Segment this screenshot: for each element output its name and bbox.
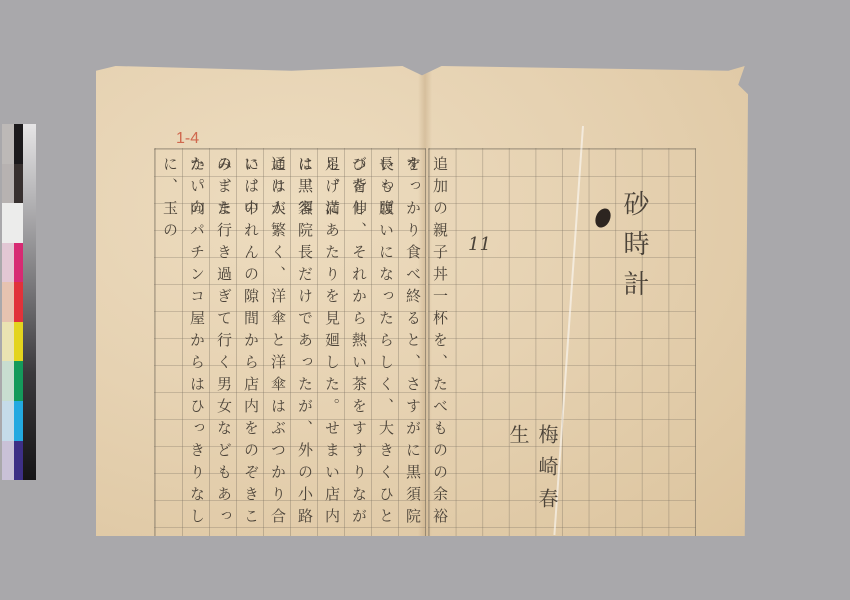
color-swatch — [14, 164, 23, 204]
color-swatch — [2, 282, 14, 322]
manuscript-grid-right — [428, 148, 696, 546]
grayscale-ramp — [23, 124, 36, 480]
color-swatch — [2, 401, 14, 441]
color-swatch — [2, 124, 14, 164]
color-swatch — [2, 322, 14, 362]
color-swatch — [14, 203, 23, 243]
page-number: 11 — [468, 234, 491, 255]
color-swatch — [2, 164, 14, 204]
color-swatch — [2, 441, 14, 481]
red-annotation: 1-4 — [176, 130, 199, 148]
color-chart-tints — [2, 124, 14, 480]
color-swatch — [14, 322, 23, 362]
color-swatch — [14, 124, 23, 164]
color-swatch — [14, 243, 23, 283]
color-calibration-strip — [2, 124, 36, 480]
manuscript-title: 砂時計 — [616, 190, 653, 310]
color-swatch — [2, 361, 14, 401]
manuscript-sheet: 1-4 追加の親子丼一杯を、たべものの余裕をすっかり食べ終ると、さすがに黒須院長… — [96, 66, 748, 536]
color-swatch — [2, 203, 14, 243]
color-chart-solids — [14, 124, 23, 480]
color-swatch — [14, 441, 23, 481]
color-swatch — [14, 401, 23, 441]
color-swatch — [14, 282, 23, 322]
color-swatch — [14, 361, 23, 401]
author-name: 梅崎春生 — [504, 424, 562, 536]
text-column: かいのパチンコ屋からはひっきりなしに、玉の — [156, 156, 210, 536]
color-swatch — [2, 243, 14, 283]
